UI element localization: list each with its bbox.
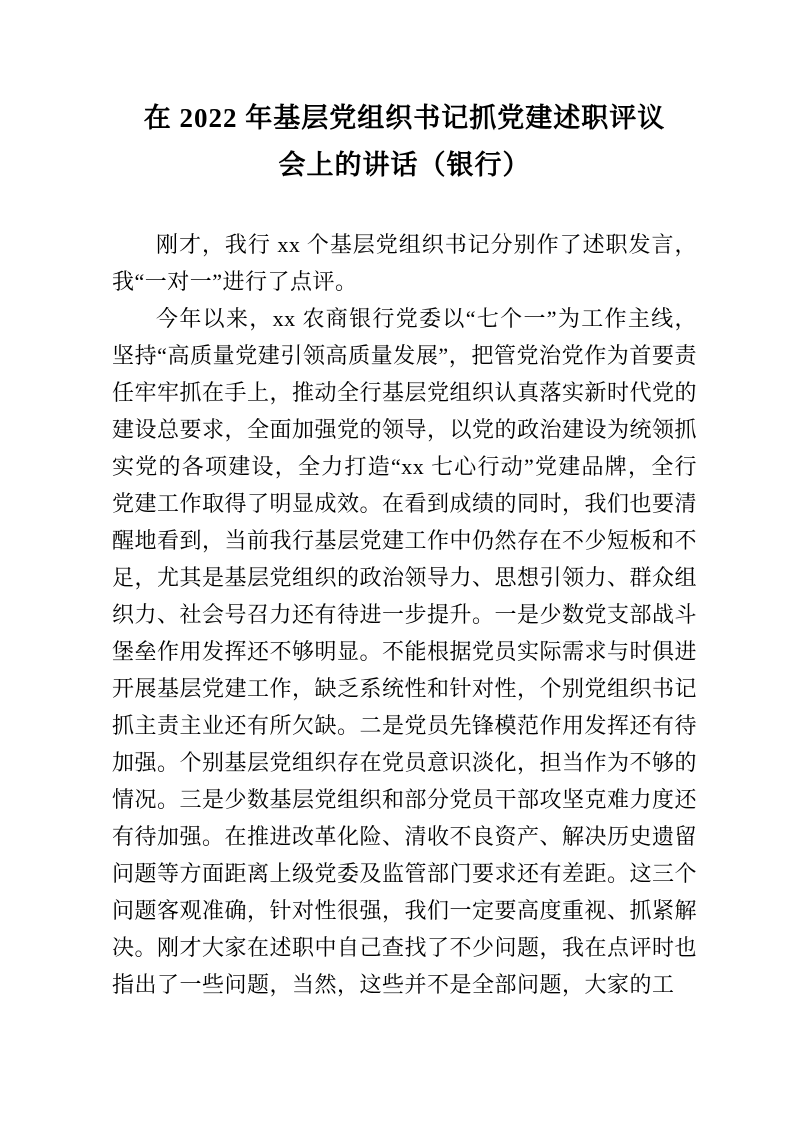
document-title-line-1: 在 2022 年基层党组织书记抓党建述职评议	[112, 95, 697, 142]
document-body: 刚才，我行 xx 个基层党组织书记分别作了述职发言，我“一对一”进行了点评。 今…	[112, 226, 697, 1003]
paragraph-main-review: 今年以来，xx 农商银行党委以“七个一”为工作主线，坚持“高质量党建引领高质量发…	[112, 300, 697, 1003]
document-title: 在 2022 年基层党组织书记抓党建述职评议 会上的讲话（银行）	[112, 95, 697, 189]
document-title-line-2: 会上的讲话（银行）	[112, 142, 697, 189]
document-page: 在 2022 年基层党组织书记抓党建述职评议 会上的讲话（银行） 刚才，我行 x…	[0, 0, 793, 1122]
paragraph-opening-remarks: 刚才，我行 xx 个基层党组织书记分别作了述职发言，我“一对一”进行了点评。	[112, 226, 697, 300]
